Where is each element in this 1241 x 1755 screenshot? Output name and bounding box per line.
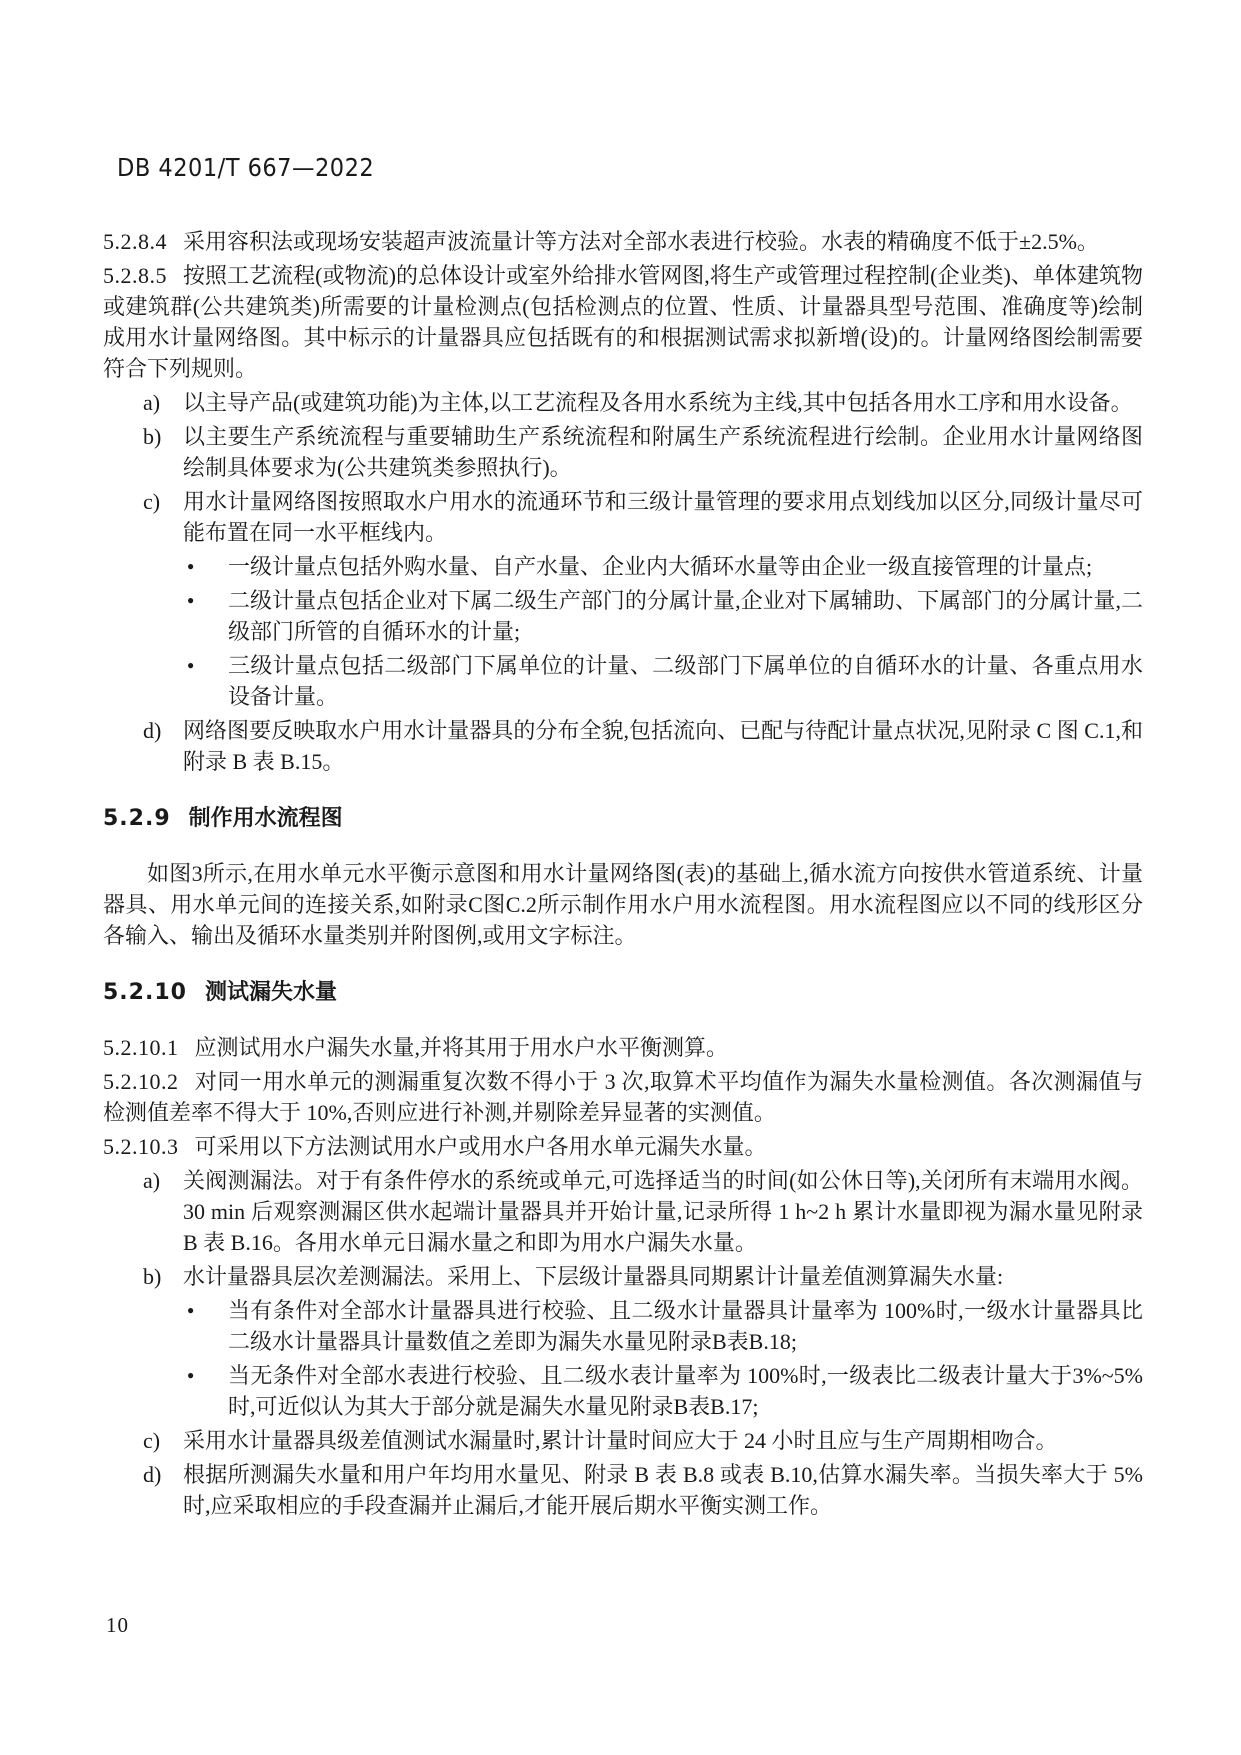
clause-number: 5.2.10.3 (103, 1134, 179, 1159)
bullet-text: 当无条件对全部水表进行校验、且二级水表计量率为 100%时,一级表比二级表计量大… (228, 1360, 1143, 1422)
rules-bullet-level-2: ● 二级计量点包括企业对下属二级生产部门的分属计量,企业对下属辅助、下属部门的分… (103, 585, 1143, 647)
methods-bullet-2: ● 当无条件对全部水表进行校验、且二级水表计量率为 100%时,一级表比二级表计… (103, 1360, 1143, 1422)
clause-text: 对同一用水单元的测漏重复次数不得小于 3 次,取算术平均值作为漏失水量检测值。各… (103, 1069, 1143, 1125)
clause-number: 5.2.8.4 (103, 229, 167, 254)
bullet-icon: ● (187, 1295, 228, 1326)
heading-title: 测试漏失水量 (205, 980, 337, 1005)
list-item-text: 网络图要反映取水户用水计量器具的分布全貌,包括流向、已配与待配计量点状况,见附录… (183, 715, 1143, 777)
list-item-text: 以主要生产系统流程与重要辅助生产系统流程和附属生产系统流程进行绘制。企业用水计量… (183, 421, 1143, 483)
clause-5-2-10-1: 5.2.10.1应测试用水户漏失水量,并将其用于用水户水平衡测算。 (103, 1032, 1143, 1063)
list-item-text: 以主导产品(或建筑功能)为主体,以工艺流程及各用水系统为主线,其中包括各用水工序… (183, 387, 1143, 418)
list-marker: b) (143, 421, 183, 452)
rules-list-item-a: a) 以主导产品(或建筑功能)为主体,以工艺流程及各用水系统为主线,其中包括各用… (103, 387, 1143, 418)
clause-5-2-8-4: 5.2.8.4采用容积法或现场安装超声波流量计等方法对全部水表进行校验。水表的精… (103, 226, 1143, 257)
rules-bullet-level-1: ● 一级计量点包括外购水量、自产水量、企业内大循环水量等由企业一级直接管理的计量… (103, 551, 1143, 582)
bullet-text: 一级计量点包括外购水量、自产水量、企业内大循环水量等由企业一级直接管理的计量点; (228, 551, 1143, 582)
page-number: 10 (106, 1613, 129, 1638)
list-marker: a) (143, 387, 183, 418)
list-marker: c) (143, 1425, 183, 1456)
list-marker: c) (143, 486, 183, 517)
clause-5-2-8-5: 5.2.8.5按照工艺流程(或物流)的总体设计或室外给排水管网图,将生产或管理过… (103, 260, 1143, 384)
heading-number: 5.2.9 (103, 806, 171, 831)
clause-number: 5.2.8.5 (103, 263, 167, 288)
list-item-text: 水计量器具层次差测漏法。采用上、下层级计量器具同期累计计量差值测算漏失水量: (183, 1261, 1143, 1292)
rules-bullet-level-3: ● 三级计量点包括二级部门下属单位的计量、二级部门下属单位的自循环水的计量、各重… (103, 650, 1143, 712)
rules-list-item-b: b) 以主要生产系统流程与重要辅助生产系统流程和附属生产系统流程进行绘制。企业用… (103, 421, 1143, 483)
bullet-icon: ● (187, 551, 228, 582)
methods-list-item-d: d) 根据所测漏失水量和用户年均用水量见、附录 B 表 B.8 或表 B.10,… (103, 1459, 1143, 1521)
methods-list-item-b: b) 水计量器具层次差测漏法。采用上、下层级计量器具同期累计计量差值测算漏失水量… (103, 1261, 1143, 1292)
section-heading-5-2-9: 5.2.9制作用水流程图 (103, 803, 1143, 834)
bullet-text: 二级计量点包括企业对下属二级生产部门的分属计量,企业对下属辅助、下属部门的分属计… (228, 585, 1143, 647)
clause-5-2-10-2: 5.2.10.2对同一用水单元的测漏重复次数不得小于 3 次,取算术平均值作为漏… (103, 1066, 1143, 1128)
clause-number: 5.2.10.2 (103, 1069, 179, 1094)
rules-list-item-d: d) 网络图要反映取水户用水计量器具的分布全貌,包括流向、已配与待配计量点状况,… (103, 715, 1143, 777)
document-page: DB 4201/T 667—2022 5.2.8.4采用容积法或现场安装超声波流… (0, 0, 1241, 1755)
list-item-text: 用水计量网络图按照取水户用水的流通环节和三级计量管理的要求用点划线加以区分,同级… (183, 486, 1143, 548)
list-item-text: 采用水计量器具级差值测试水漏量时,累计计量时间应大于 24 小时且应与生产周期相… (183, 1425, 1143, 1456)
page-body: 5.2.8.4采用容积法或现场安装超声波流量计等方法对全部水表进行校验。水表的精… (103, 226, 1143, 1524)
list-marker: d) (143, 1459, 183, 1490)
section-heading-5-2-10: 5.2.10测试漏失水量 (103, 977, 1143, 1008)
list-marker: b) (143, 1261, 183, 1292)
rules-list-item-c: c) 用水计量网络图按照取水户用水的流通环节和三级计量管理的要求用点划线加以区分… (103, 486, 1143, 548)
list-item-text: 关阀测漏法。对于有条件停水的系统或单元,可选择适当的时间(如公休日等),关闭所有… (183, 1165, 1143, 1258)
clause-text: 按照工艺流程(或物流)的总体设计或室外给排水管网图,将生产或管理过程控制(企业类… (103, 263, 1143, 381)
bullet-icon: ● (187, 1360, 228, 1391)
document-code-header: DB 4201/T 667—2022 (117, 153, 374, 182)
heading-number: 5.2.10 (103, 980, 187, 1005)
clause-text: 应测试用水户漏失水量,并将其用于用水户水平衡测算。 (195, 1035, 729, 1060)
bullet-icon: ● (187, 650, 228, 681)
heading-title: 制作用水流程图 (189, 806, 343, 831)
clause-text: 可采用以下方法测试用水户或用水户各用水单元漏失水量。 (195, 1134, 767, 1159)
list-item-text: 根据所测漏失水量和用户年均用水量见、附录 B 表 B.8 或表 B.10,估算水… (183, 1459, 1143, 1521)
bullet-text: 当有条件对全部水计量器具进行校验、且二级水计量器具计量率为 100%时,一级水计… (228, 1295, 1143, 1357)
bullet-text: 三级计量点包括二级部门下属单位的计量、二级部门下属单位的自循环水的计量、各重点用… (228, 650, 1143, 712)
methods-list-item-c: c) 采用水计量器具级差值测试水漏量时,累计计量时间应大于 24 小时且应与生产… (103, 1425, 1143, 1456)
paragraph-5-2-9: 如图3所示,在用水单元水平衡示意图和用水计量网络图(表)的基础上,循水流方向按供… (103, 858, 1143, 951)
list-marker: d) (143, 715, 183, 746)
methods-list-item-a: a) 关阀测漏法。对于有条件停水的系统或单元,可选择适当的时间(如公休日等),关… (103, 1165, 1143, 1258)
list-marker: a) (143, 1165, 183, 1196)
clause-number: 5.2.10.1 (103, 1035, 179, 1060)
clause-text: 采用容积法或现场安装超声波流量计等方法对全部水表进行校验。水表的精确度不低于±2… (183, 229, 1099, 254)
bullet-icon: ● (187, 585, 228, 616)
clause-5-2-10-3: 5.2.10.3可采用以下方法测试用水户或用水户各用水单元漏失水量。 (103, 1131, 1143, 1162)
methods-bullet-1: ● 当有条件对全部水计量器具进行校验、且二级水计量器具计量率为 100%时,一级… (103, 1295, 1143, 1357)
